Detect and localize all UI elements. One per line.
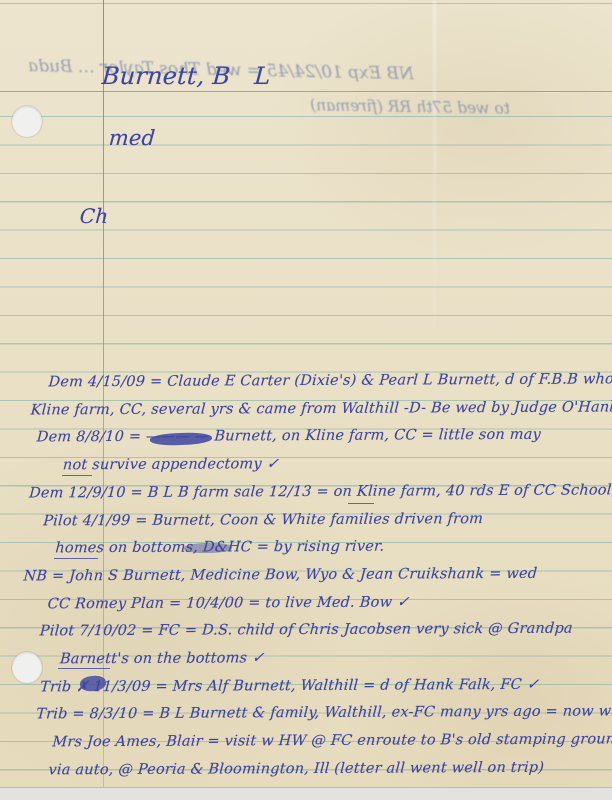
handwritten-underline bbox=[54, 558, 98, 559]
handwritten-underline bbox=[62, 475, 92, 476]
note-line: Dem 4/15/09 = Claude E Carter (Dixie's) … bbox=[48, 371, 612, 390]
note-line: Mrs Joe Ames, Blair = visit w HW @ FC en… bbox=[52, 731, 612, 750]
note-line: Dem 8/8/10 = ——— — Burnett, on Kline far… bbox=[36, 427, 541, 446]
note-line: Pilot 7/10/02 = FC = D.S. child of Chris… bbox=[39, 621, 573, 640]
note-line: Pilot 4/1/99 = Burnett, Coon & White fam… bbox=[43, 511, 484, 529]
note-line: not survive appendectomy ✓ bbox=[62, 456, 279, 473]
note-line: Trib = 8/3/10 = B L Burnett & family, Wa… bbox=[36, 704, 612, 723]
handwritten-underline bbox=[58, 668, 110, 669]
note-line: NB = John S Burnett, Medicine Bow, Wyo &… bbox=[23, 566, 538, 585]
note-line: CC Romey Plan = 10/4/00 = to live Med. B… bbox=[47, 594, 410, 612]
scan-background-edge bbox=[0, 788, 612, 800]
note-line: Dem 12/9/10 = B L B farm sale 12/13 = on… bbox=[29, 482, 612, 501]
note-line: via auto, @ Peoria & Bloomington, Ill (l… bbox=[48, 760, 545, 779]
scanned-page: NB Exp 10/24/45 = wed Thos Taylor … Buda… bbox=[0, 0, 612, 788]
note-line: Trib ✗ 11/3/09 = Mrs Alf Burnett, Walthi… bbox=[40, 676, 540, 695]
note-line: Barnett's on the bottoms ✓ bbox=[59, 650, 264, 667]
handwritten-underline bbox=[348, 503, 374, 504]
note-line: Kline farm, CC, several yrs & came from … bbox=[30, 399, 612, 418]
notes-block: Dem 4/15/09 = Claude E Carter (Dixie's) … bbox=[0, 0, 612, 788]
